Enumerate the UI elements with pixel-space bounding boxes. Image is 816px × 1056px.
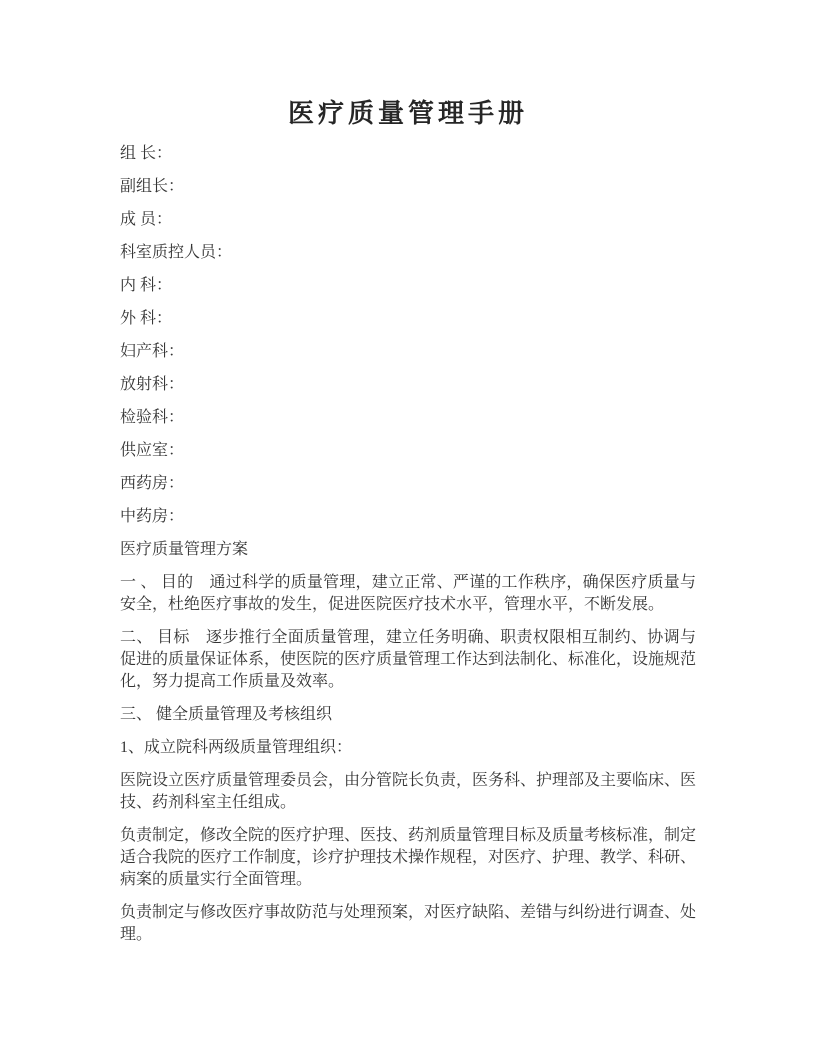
roster-line-dept-qc-staff: 科室质控人员： bbox=[120, 242, 696, 264]
roster-line-group-leader: 组 长： bbox=[120, 143, 696, 165]
paragraph-purpose: 一 、 目的 通过科学的质量管理，建立正常、严谨的工作秩序，确保医疗质量与安全，… bbox=[120, 572, 696, 616]
roster-line-surgery: 外 科： bbox=[120, 308, 696, 330]
document-content: 医疗质量管理手册 组 长： 副组长： 成 员： 科室质控人员： 内 科： 外 科… bbox=[120, 0, 696, 957]
roster-line-laboratory: 检验科： bbox=[120, 407, 696, 429]
roster-line-deputy-group-leader: 副组长： bbox=[120, 176, 696, 198]
paragraph-goal: 二、 目标 逐步推行全面质量管理，建立任务明确、职责权限相互制约、协调与促进的质… bbox=[120, 627, 696, 693]
paragraph-standards: 负责制定，修改全院的医疗护理、医技、药剂质量管理目标及质量考核标准，制定适合我院… bbox=[120, 825, 696, 891]
plan-heading: 医疗质量管理方案 bbox=[120, 539, 696, 561]
document-page: 医疗质量管理手册 组 长： 副组长： 成 员： 科室质控人员： 内 科： 外 科… bbox=[0, 0, 816, 1056]
heading-quality-org: 三、 健全质量管理及考核组织 bbox=[120, 704, 696, 726]
roster-line-members: 成 员： bbox=[120, 209, 696, 231]
roster-line-internal-medicine: 内 科： bbox=[120, 275, 696, 297]
paragraph-committee: 医院设立医疗质量管理委员会，由分管院长负责，医务科、护理部及主要临床、医技、药剂… bbox=[120, 770, 696, 814]
roster-line-western-pharmacy: 西药房： bbox=[120, 473, 696, 495]
roster-line-radiology: 放射科： bbox=[120, 374, 696, 396]
paragraph-accident-plan: 负责制定与修改医疗事故防范与处理预案，对医疗缺陷、差错与纠纷进行调查、处理。 bbox=[120, 902, 696, 946]
document-title: 医疗质量管理手册 bbox=[120, 97, 696, 130]
roster-line-obstetrics: 妇产科： bbox=[120, 341, 696, 363]
roster-line-chinese-pharmacy: 中药房： bbox=[120, 506, 696, 528]
roster-line-supply-room: 供应室： bbox=[120, 440, 696, 462]
item-two-level-org: 1、成立院科两级质量管理组织： bbox=[120, 737, 696, 759]
